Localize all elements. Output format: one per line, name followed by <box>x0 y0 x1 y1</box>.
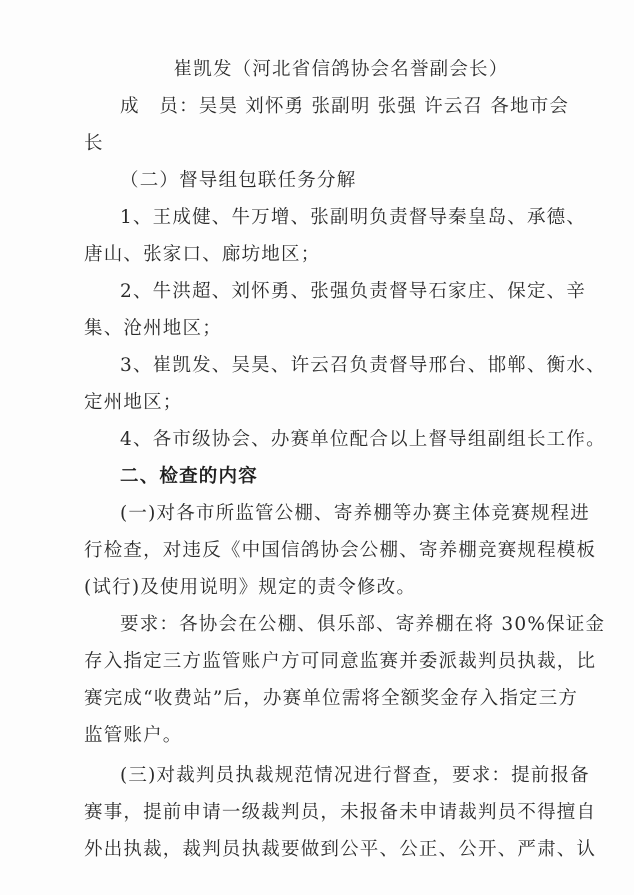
list-item-2: 2、牛洪超、刘怀勇、张强负责督导石家庄、保定、辛 <box>120 280 562 304</box>
check-item-1: (一)对各市所监管公棚、寄养棚等办赛主体竞赛规程进 <box>120 502 562 526</box>
check-item-3-continued-2: 外出执裁，裁判员执裁要做到公平、公正、公开、严肃、认 <box>84 838 562 862</box>
section-title-task-breakdown: （二）督导组包联任务分解 <box>120 169 562 193</box>
members-line-continued: 长 <box>84 132 562 156</box>
list-item-1: 1、王成健、牛万增、张副明负责督导秦皇岛、承德、 <box>120 206 562 230</box>
list-item-3-continued: 定州地区； <box>84 391 562 415</box>
requirement-paragraph-continued-3: 监管账户。 <box>84 724 562 748</box>
check-item-3: (三)对裁判员执裁规范情况进行督查，要求：提前报备 <box>120 764 562 788</box>
list-item-3: 3、崔凯发、吴昊、许云召负责督导邢台、邯郸、衡水、 <box>120 354 562 378</box>
members-line: 成 员：吴昊 刘怀勇 张副明 张强 许云召 各地市会 <box>120 95 562 119</box>
document-page: 崔凯发（河北省信鸽协会名誉副会长） 成 员：吴昊 刘怀勇 张副明 张强 许云召 … <box>0 0 634 895</box>
requirement-paragraph: 要求：各协会在公棚、俱乐部、寄养棚在将 30%保证金 <box>120 613 562 637</box>
list-item-1-continued: 唐山、张家口、廊坊地区； <box>84 243 562 267</box>
list-item-4: 4、各市级协会、办赛单位配合以上督导组副组长工作。 <box>120 428 562 452</box>
check-item-1-continued-2: (试行)及使用说明》规定的责令修改。 <box>84 576 562 600</box>
heading-inspection-content: 二、检查的内容 <box>120 465 562 489</box>
requirement-paragraph-continued-2: 赛完成“收费站”后，办赛单位需将全额奖金存入指定三方 <box>84 687 562 711</box>
list-item-2-continued: 集、沧州地区； <box>84 317 562 341</box>
check-item-3-continued: 赛事，提前申请一级裁判员，未报备未申请裁判员不得擅自 <box>84 801 562 825</box>
requirement-paragraph-continued: 存入指定三方监管账户方可同意监赛并委派裁判员执裁，比 <box>84 650 562 674</box>
check-item-1-continued: 行检查，对违反《中国信鸽协会公棚、寄养棚竞赛规程模板 <box>84 539 562 563</box>
leader-line: 崔凯发（河北省信鸽协会名誉副会长） <box>0 58 634 82</box>
